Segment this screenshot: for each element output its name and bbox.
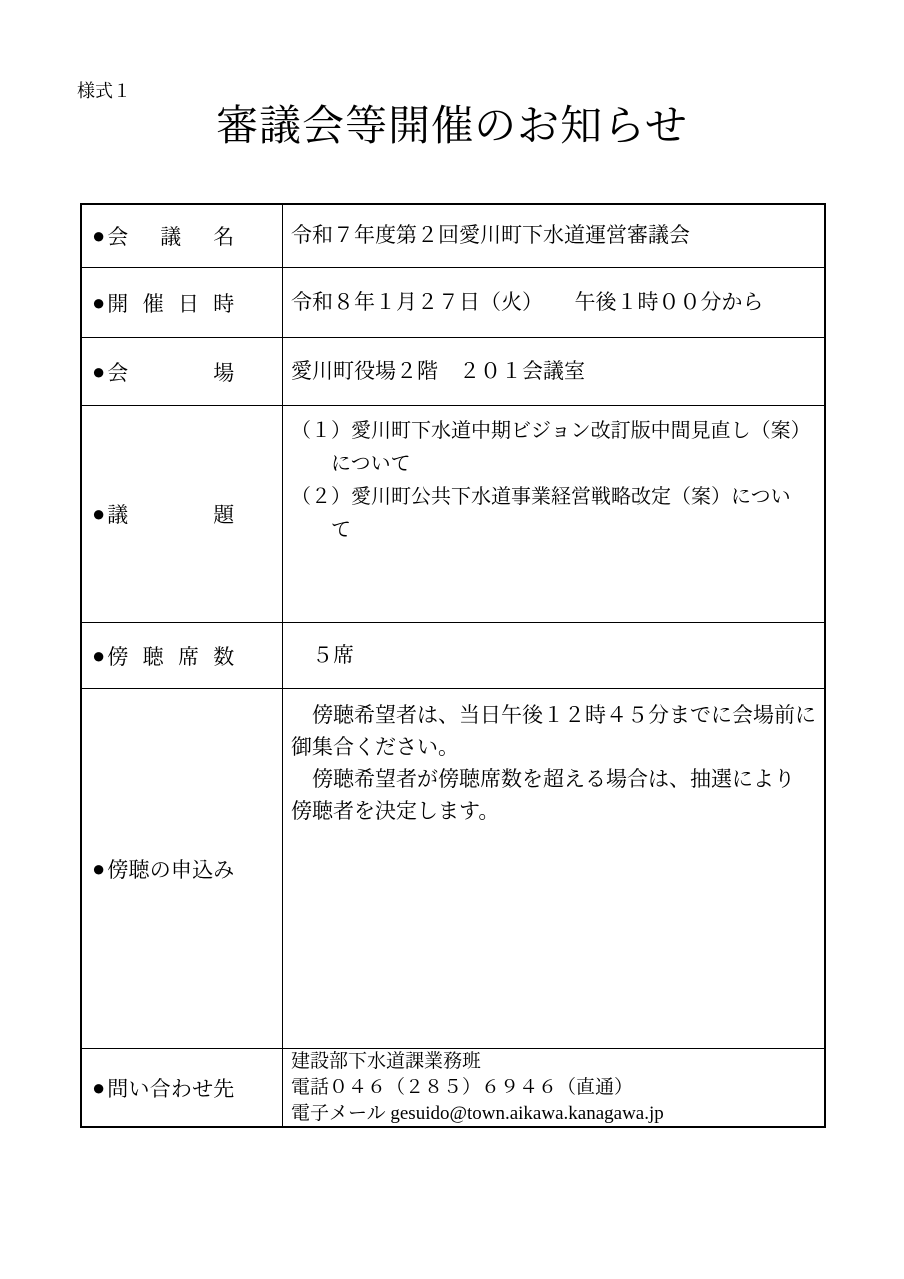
- row-label: 開催日時: [107, 288, 234, 318]
- row-label-cell: ● 議題: [82, 406, 283, 622]
- content-line: （２）愛川町公共下水道事業経営戦略改定（案）につい: [291, 481, 824, 514]
- row-label-cell: ● 開催日時: [82, 268, 283, 337]
- row-content-cell: 傍聴希望者は、当日午後１２時４５分までに会場前に御集合ください。 傍聴希望者が傍…: [283, 689, 824, 1048]
- row-content-cell: 令和８年１月２７日（火） 午後１時００分から: [283, 268, 824, 337]
- row-content-cell: （１）愛川町下水道中期ビジョン改訂版中間見直し（案） について（２）愛川町公共下…: [283, 406, 824, 622]
- content-line: て: [291, 514, 824, 547]
- table-row: ● 問い合わせ先 建設部下水道課業務班電話０４６（２８５）６９４６（直通）電子メ…: [82, 1048, 824, 1126]
- row-content-cell: ５席: [283, 623, 824, 688]
- content-line: 御集合ください。: [291, 732, 824, 764]
- content-line: 電子メール gesuido@town.aikawa.kanagawa.jp: [291, 1101, 824, 1127]
- bullet-icon: ●: [92, 1077, 105, 1099]
- row-label: 傍聴席数: [107, 641, 234, 671]
- row-label-cell: ● 傍聴席数: [82, 623, 283, 688]
- table-row: ● 傍聴席数 ５席: [82, 622, 824, 688]
- row-content-cell: 建設部下水道課業務班電話０４６（２８５）６９４６（直通）電子メール gesuid…: [283, 1049, 824, 1126]
- table-row: ● 会議名 令和７年度第２回愛川町下水道運営審議会: [82, 205, 824, 267]
- table-row: ● 会場 愛川町役場２階 ２０１会議室: [82, 337, 824, 405]
- content-line: 傍聴希望者は、当日午後１２時４５分までに会場前に: [291, 700, 824, 732]
- notice-table: ● 会議名 令和７年度第２回愛川町下水道運営審議会 ● 開催日時 令和８年１月２…: [80, 203, 826, 1128]
- content-line: について: [291, 448, 824, 481]
- bullet-icon: ●: [92, 503, 105, 525]
- row-content-cell: 令和７年度第２回愛川町下水道運営審議会: [283, 205, 824, 267]
- row-content-cell: 愛川町役場２階 ２０１会議室: [283, 338, 824, 405]
- content-line: 愛川町役場２階 ２０１会議室: [291, 356, 824, 388]
- content-line: 令和７年度第２回愛川町下水道運営審議会: [291, 220, 824, 252]
- row-label: 傍聴の申込み: [107, 854, 234, 884]
- content-line: 傍聴希望者が傍聴席数を超える場合は、抽選により: [291, 764, 824, 796]
- row-label-cell: ● 問い合わせ先: [82, 1049, 283, 1126]
- bullet-icon: ●: [92, 225, 105, 247]
- bullet-icon: ●: [92, 858, 105, 880]
- row-label-cell: ● 会場: [82, 338, 283, 405]
- content-line: 傍聴者を決定します。: [291, 796, 824, 828]
- page-title: 審議会等開催のお知らせ: [0, 98, 904, 154]
- table-row: ● 議題 （１）愛川町下水道中期ビジョン改訂版中間見直し（案） について（２）愛…: [82, 405, 824, 622]
- row-label: 議題: [107, 499, 234, 529]
- row-label-cell: ● 会議名: [82, 205, 283, 267]
- bullet-icon: ●: [92, 292, 105, 314]
- bullet-icon: ●: [92, 645, 105, 667]
- table-row: ● 開催日時 令和８年１月２７日（火） 午後１時００分から: [82, 267, 824, 337]
- table-row: ● 傍聴の申込み 傍聴希望者は、当日午後１２時４５分までに会場前に御集合ください…: [82, 688, 824, 1048]
- content-line: （１）愛川町下水道中期ビジョン改訂版中間見直し（案）: [291, 415, 824, 448]
- row-label: 問い合わせ先: [107, 1073, 234, 1103]
- row-label: 会議名: [107, 221, 234, 251]
- content-line: ５席: [291, 640, 824, 672]
- content-line: 令和８年１月２７日（火） 午後１時００分から: [291, 287, 824, 319]
- content-line: 建設部下水道課業務班: [291, 1049, 824, 1075]
- row-label: 会場: [107, 357, 234, 387]
- row-label-cell: ● 傍聴の申込み: [82, 689, 283, 1048]
- bullet-icon: ●: [92, 361, 105, 383]
- content-line: 電話０４６（２８５）６９４６（直通）: [291, 1075, 824, 1101]
